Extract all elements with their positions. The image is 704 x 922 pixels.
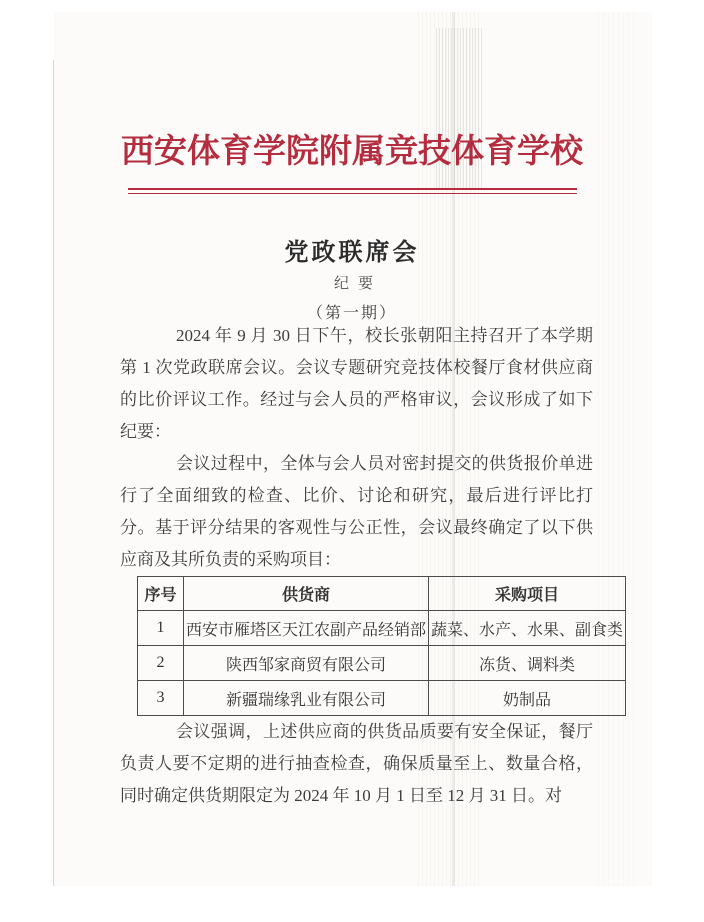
paragraph-2: 会议过程中，全体与会人员对密封提交的供货报价单进行了全面细致的检查、比价、讨论和… bbox=[120, 448, 593, 576]
cell-supplier: 陕西邹家商贸有限公司 bbox=[184, 646, 429, 681]
cell-supplier: 新疆瑞缘乳业有限公司 bbox=[184, 681, 429, 716]
cell-supplier: 西安市雁塔区天江农副产品经销部 bbox=[184, 611, 429, 646]
letterhead-school-name: 西安体育学院附属竞技体育学校 bbox=[0, 128, 704, 176]
cell-items: 冻货、调料类 bbox=[429, 646, 626, 681]
header-serial-number: 序号 bbox=[138, 577, 184, 611]
letterhead-divider-rule bbox=[128, 188, 577, 194]
body-text-block: 会议强调，上述供应商的供货品质要有安全保证，餐厅负责人要不定期的进行抽查检查，确… bbox=[120, 716, 593, 812]
scanned-document-page: 西安体育学院附属竞技体育学校 党政联席会 纪要 （第一期） 2024 年 9 月… bbox=[0, 0, 704, 922]
table-row: 2 陕西邹家商贸有限公司 冻货、调料类 bbox=[138, 646, 626, 681]
table-row: 3 新疆瑞缘乳业有限公司 奶制品 bbox=[138, 681, 626, 716]
header-supplier: 供货商 bbox=[184, 577, 429, 611]
supplier-table: 序号 供货商 采购项目 1 西安市雁塔区天江农副产品经销部 蔬菜、水产、水果、副… bbox=[137, 576, 626, 716]
cell-items: 奶制品 bbox=[429, 681, 626, 716]
paragraph-1: 2024 年 9 月 30 日下午，校长张朝阳主持召开了本学期第 1 次党政联席… bbox=[120, 320, 593, 448]
document-title: 党政联席会 bbox=[0, 232, 704, 267]
cell-serial: 1 bbox=[138, 611, 184, 646]
paper-left-edge bbox=[53, 60, 54, 886]
cell-serial: 3 bbox=[138, 681, 184, 716]
body-text-block: 2024 年 9 月 30 日下午，校长张朝阳主持召开了本学期第 1 次党政联席… bbox=[120, 320, 593, 576]
paragraph-3: 会议强调，上述供应商的供货品质要有安全保证，餐厅负责人要不定期的进行抽查检查，确… bbox=[120, 716, 593, 812]
cell-items: 蔬菜、水产、水果、副食类 bbox=[429, 611, 626, 646]
header-procurement-items: 采购项目 bbox=[429, 577, 626, 611]
cell-serial: 2 bbox=[138, 646, 184, 681]
table-header-row: 序号 供货商 采购项目 bbox=[138, 577, 626, 611]
document-subtitle: 纪要 bbox=[6, 272, 704, 293]
table-row: 1 西安市雁塔区天江农副产品经销部 蔬菜、水产、水果、副食类 bbox=[138, 611, 626, 646]
